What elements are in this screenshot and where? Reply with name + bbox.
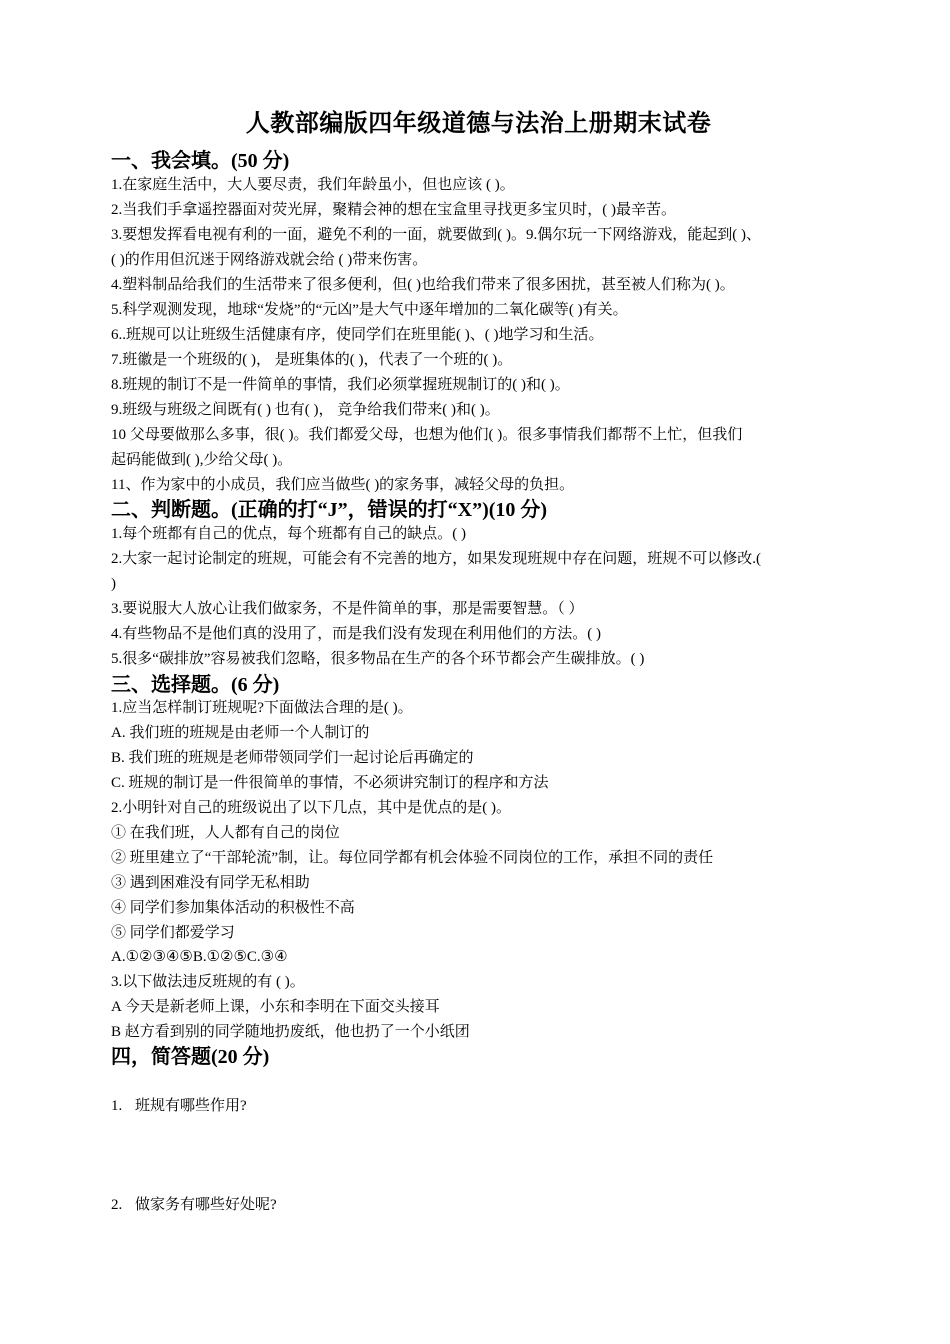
question-line: 2.小明针对自己的班级说出了以下几点，其中是优点的是( )。 (111, 798, 511, 818)
option-line: B 赵方看到别的同学随地扔废纸，他也扔了一个小纸团 (111, 1022, 470, 1042)
question-line: 2.大家一起讨论制定的班规，可能会有不完善的地方，如果发现班规中存在问题，班规不… (111, 549, 761, 569)
question-line: 起码能做到( ),少给父母( )。 (111, 450, 292, 470)
question-line: 11、作为家中的小成员，我们应当做些( )的家务事，减轻父母的负担。 (111, 475, 574, 495)
option-line: ① 在我们班，人人都有自己的岗位 (111, 823, 340, 843)
option-line: ④ 同学们参加集体活动的积极性不高 (111, 898, 355, 918)
option-line: ③ 遇到困难没有同学无私相助 (111, 873, 310, 893)
question-line: 5.科学观测发现，地球“发烧”的“元凶”是大气中逐年增加的二氧化碳等( )有关。 (111, 300, 628, 320)
question-number: 2. (111, 1195, 135, 1215)
question-line: 1.应当怎样制订班规呢?下面做法合理的是( )。 (111, 698, 413, 718)
question-line: 3.要想发挥看电视有利的一面，避免不利的一面，就要做到( )。9.偶尔玩一下网络… (111, 225, 761, 245)
question-line: 7.班徽是一个班级的( )， 是班集体的( )，代表了一个班的( )。 (111, 350, 512, 370)
question-line: 2.当我们手拿遥控器面对荧光屏，聚精会神的想在宝盒里寻找更多宝贝时，( )最辛苦… (111, 200, 676, 220)
section-heading-multiple-choice: 三、选择题。(6 分) (111, 671, 279, 699)
section-heading-fill-in: 一、我会填。(50 分) (111, 147, 289, 175)
section-heading-short-answer: 四，简答题(20 分) (111, 1043, 269, 1071)
option-line: B. 我们班的班规是老师带领同学们一起讨论后再确定的 (111, 748, 474, 768)
question-line: 1.在家庭生活中，大人要尽责，我们年龄虽小，但也应该 ( )。 (111, 175, 515, 195)
short-answer-question: 1.班规有哪些作用? (111, 1096, 247, 1116)
question-line: 3.以下做法违反班规的有 ( )。 (111, 972, 305, 992)
option-line: C. 班规的制订是一件很简单的事情，不必须讲究制订的程序和方法 (111, 773, 549, 793)
question-text: 班规有哪些作用? (135, 1098, 247, 1114)
question-line: 4.塑料制品给我们的生活带来了很多便利，但( )也给我们带来了很多困扰，甚至被人… (111, 275, 735, 295)
option-line: ② 班里建立了“干部轮流”制，让。每位同学都有机会体验不同岗位的工作，承担不同的… (111, 848, 713, 868)
question-line: 5.很多“碳排放”容易被我们忽略，很多物品在生产的各个环节都会产生碳排放。( ) (111, 649, 644, 669)
answer-choices-line: A.①②③④⑤B.①②⑤C.③④ (111, 947, 288, 967)
question-line: 9.班级与班级之间既有( ) 也有( )， 竞争给我们带来( )和( )。 (111, 400, 500, 420)
question-line: 10 父母要做那么多事，很( )。我们都爱父母，也想为他们( )。很多事情我们都… (111, 425, 742, 445)
question-line: 4.有些物品不是他们真的没用了，而是我们没有发现在利用他们的方法。( ) (111, 624, 601, 644)
question-line: 8.班规的制订不是一件简单的事情，我们必须掌握班规制订的( )和( )。 (111, 375, 570, 395)
section-heading-true-false: 二、判断题。(正确的打“J”，错误的打“X”)(10 分) (111, 496, 547, 524)
question-number: 1. (111, 1096, 135, 1116)
document-title: 人教部编版四年级道德与法治上册期末试卷 (111, 107, 846, 141)
option-line: A. 我们班的班规是由老师一个人制订的 (111, 723, 369, 743)
question-line: 6..班规可以让班级生活健康有序，使同学们在班里能( )、( )地学习和生活。 (111, 325, 603, 345)
question-line: 1.每个班都有自己的优点，每个班都有自己的缺点。( ) (111, 524, 466, 544)
option-line: A 今天是新老师上课，小东和李明在下面交头接耳 (111, 997, 440, 1017)
option-line: ⑤ 同学们都爱学习 (111, 923, 235, 943)
short-answer-question: 2.做家务有哪些好处呢? (111, 1195, 277, 1215)
question-line: ( )的作用但沉迷于网络游戏就会给 ( )带来伤害。 (111, 250, 427, 270)
question-line: 3.要说服大人放心让我们做家务，不是件简单的事，那是需要智慧。（ ） (111, 599, 584, 619)
question-line: ) (111, 574, 116, 594)
question-text: 做家务有哪些好处呢? (135, 1197, 277, 1213)
